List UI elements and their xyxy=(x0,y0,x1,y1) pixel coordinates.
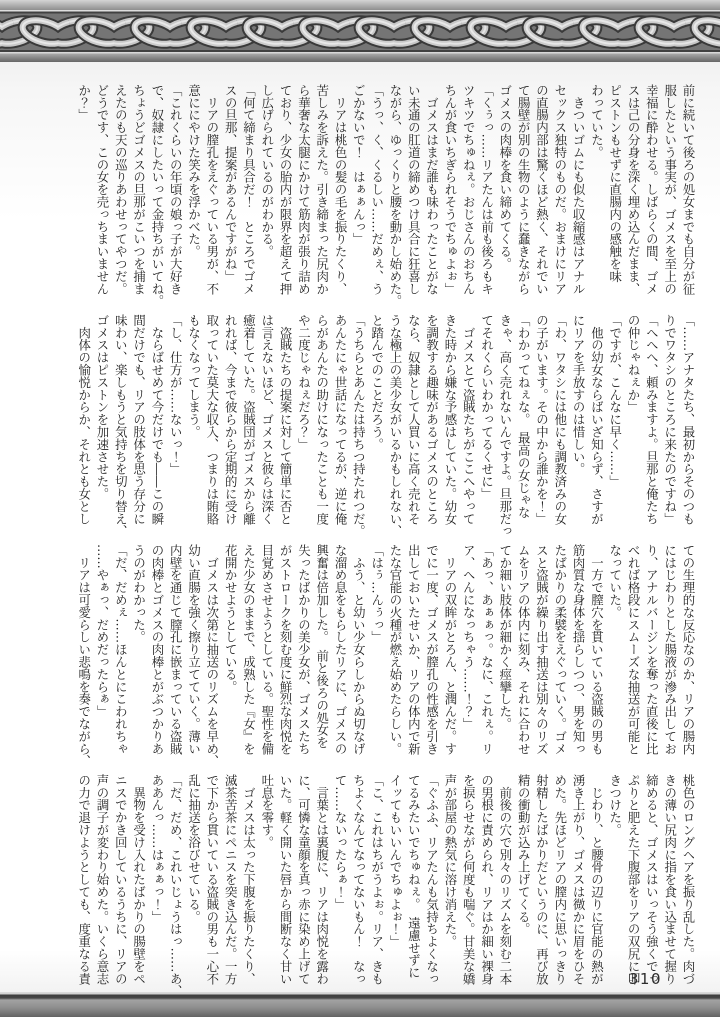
text-column: 異物を受け入れたばかりの腸壁をペ xyxy=(129,774,147,987)
text-column: えたのも天の巡りあわせってやつだ。 xyxy=(111,84,129,297)
text-column: にはじわりとした腸液が滲み出してお xyxy=(660,544,678,757)
text-column: の子がいます。その中から誰かを！」 xyxy=(532,314,550,527)
text-column: 「……アナタたち、最初からそのつも xyxy=(679,314,697,527)
text-band-1: 前に続いて後ろの処女までも自分が征服したという事実が、ゴメスを至上の幸福に酔わせ… xyxy=(74,84,697,297)
text-column: の仲じゃねぇか」 xyxy=(624,314,642,527)
text-column: 吐息を零す。 xyxy=(258,774,276,987)
text-column: リアは桃色の髪の毛を振りたくり、 xyxy=(331,84,349,297)
page-text: 前に続いて後ろの処女までも自分が征服したという事実が、ゴメスを至上の幸福に酔わせ… xyxy=(74,84,697,1004)
text-column: の力で退けようとしても、度重なる責 xyxy=(74,774,92,987)
text-column: 出しておいたせいか、リアの体内で新 xyxy=(404,544,422,757)
text-column: 一方で膣穴を貫いている盗賊の男も xyxy=(587,544,605,757)
text-column: きつけた。 xyxy=(605,774,623,987)
text-column: ちょうどゴメスの旦那がこいつを捕ま xyxy=(129,84,147,297)
text-column: ゴメスとて盗賊たちがここへやって xyxy=(459,314,477,527)
page-number: 310 xyxy=(629,970,662,988)
text-column: てか細い肢体が細かく痙攣した。 xyxy=(496,544,514,757)
text-column: きの薄い尻肉に指を食い込ませて握り xyxy=(660,774,678,987)
text-column: てるみたいでちゅねぇ。 遠慮せずに xyxy=(404,774,422,987)
text-column: セックス独特のものだ。おまけにリア xyxy=(551,84,569,297)
text-column: ああんっ……はぁぁっ！」 xyxy=(148,774,166,987)
text-column: 花開かせようとしている。 xyxy=(221,544,239,757)
text-column: でに一度、ゴメスが膣孔の性感を引き xyxy=(422,544,440,757)
text-column: リアは可愛らしい悲鳴を奏でながら、 xyxy=(74,544,92,757)
text-column: の男根に責められ、リアはか細い裸身 xyxy=(477,774,495,987)
text-column: ており、少女の胎内が限界を超えて押 xyxy=(276,84,294,297)
text-column: ツキツでちゅねぇ。おじさんのおちん xyxy=(459,84,477,297)
text-column: 「わかってねぇな。 最高の女じゃな xyxy=(514,314,532,527)
text-column: の肉棒とゴメスの肉棒とがぶつかりあ xyxy=(148,544,166,757)
text-column: 言葉とは裏腹に、リアは肉悦を露わ xyxy=(312,774,330,987)
text-column: ゴメスは次第に抽送のリズムを早め、 xyxy=(203,544,221,757)
text-band-4: 桃色のロングヘアを振り乱した。肉づきの薄い尻肉に指を食い込ませて握り締めると、ゴ… xyxy=(74,774,697,987)
text-column: スは己の分身を深く埋め込んだまま、 xyxy=(624,84,642,297)
text-column: 失ったばかりの美少女が、ゴメスたち xyxy=(294,544,312,757)
text-column: ぷりと肥えた下腹部をリアの双尻に叩 xyxy=(624,774,642,987)
text-column: 桃色のロングヘアを振り乱した。肉づ xyxy=(679,774,697,987)
text-column: うな極上の美少女がいるかもしれない、 xyxy=(386,314,404,527)
text-column: は言えないほど、ゴメスと彼らは深く xyxy=(258,314,276,527)
text-column: あんたにゃ世話になってるが、逆に俺 xyxy=(331,314,349,527)
decorative-bottom-border xyxy=(0,992,720,1017)
text-column: ア、へんになっちゃう……！？」 xyxy=(459,544,477,757)
text-column: ムをリアの体内に刻み、それに合わせ xyxy=(514,544,532,757)
text-column: もなくなってしまう。 xyxy=(184,314,202,527)
text-column: べれば格段にスムーズな抽送が可能と xyxy=(624,544,642,757)
text-band-3: ての生理的な反応なのか、リアの腸内にはじわりとした腸液が滲み出しており、アナルバ… xyxy=(74,544,697,757)
text-column: 「し、仕方が……ないっ！」 xyxy=(166,314,184,527)
text-column: りでワタシのところに来たのですね」 xyxy=(660,314,678,527)
text-column: たばかりの柔襞をえぐっていく。ゴメ xyxy=(551,544,569,757)
text-column: か？」 xyxy=(74,84,92,297)
text-column: 「はぅ…んぅっ」 xyxy=(367,544,385,757)
text-column: 「あっ、あぁぁっ。なに、これぇ。リ xyxy=(477,544,495,757)
text-column: じわり、と腰骨の辺りに官能の熱が xyxy=(587,774,605,987)
text-column: リアの双眸がとろん、と潤んだ。す xyxy=(441,544,459,757)
text-column: で下から貫いている盗賊の男も一心不 xyxy=(203,774,221,987)
text-column: を捩らせながら何度も喘ぐ。甘美な嬌 xyxy=(459,774,477,987)
text-column: 癒着していた。盗賊団がゴメスから離 xyxy=(239,314,257,527)
text-column: スと盗賊が繰り出す抽送は別々のリズ xyxy=(532,544,550,757)
text-column: ゴメスは太った下腹を振りたくり、 xyxy=(239,774,257,987)
text-column: めた。先ほどリアの膣内に思いっきり xyxy=(551,774,569,987)
text-column: 目覚めさせようとしている。聖性を備 xyxy=(258,544,276,757)
text-column: や二度じゃねぇだろ？」 xyxy=(294,314,312,527)
text-column: 内壁を通じて膣孔に嵌まっている盗賊 xyxy=(166,544,184,757)
text-column: 間だけでも、リアの肢体を思う存分に xyxy=(129,314,147,527)
text-column: ごかないで！ はぁぁんっ」 xyxy=(349,84,367,297)
text-column: 意ににやけた笑みを浮かべた。 xyxy=(184,84,202,297)
text-column: ゴメスはまだ誰も味わったことがな xyxy=(422,84,440,297)
text-column: を調教する趣味があるゴメスのところ xyxy=(422,314,440,527)
text-column: な溜め息をもらしたリアに、ゴメスの xyxy=(331,544,349,757)
text-column: 「ですが、こんなに早く……」 xyxy=(605,314,623,527)
text-column: 精の衝動が込み上げてくる。 xyxy=(514,774,532,987)
text-column: ての生理的な反応なのか、リアの腸内 xyxy=(679,544,697,757)
text-column: の直腸内部は驚くほど熱く、それでい xyxy=(532,84,550,297)
text-column: うのがわかった。 xyxy=(129,544,147,757)
text-column: 「こ、これはちがうよぉ。リア、きも xyxy=(367,774,385,987)
text-column: れれば、今まで彼らから定期的に受け xyxy=(221,314,239,527)
text-column: らがあんたの助けになったことも一度 xyxy=(312,314,330,527)
text-column: わっていた。 xyxy=(587,84,605,297)
text-column: 筋肉質な身体を揺らしつつ、男を知っ xyxy=(569,544,587,757)
text-band-2: 「……アナタたち、最初からそのつもりでワタシのところに来たのですね」「へへへ、頼… xyxy=(74,314,697,527)
text-column: ちんが食いちぎられそうでちゅよぉ」 xyxy=(441,84,459,297)
text-column: 「ぐふふ、リアたんも気持ちよくなっ xyxy=(422,774,440,987)
text-column: きついゴムにも似た収縮感はアナル xyxy=(569,84,587,297)
text-column: ピストンもせずに直腸内の感触を味 xyxy=(605,84,623,297)
text-column: 苦しみを訴えた。引き締まった尻肉か xyxy=(312,84,330,297)
celtic-knot-ornament xyxy=(0,0,720,62)
text-column: 味わい、楽しもうと気持ちを切り替え、 xyxy=(111,314,129,527)
text-column: ふう、と幼い少女らしからぬ切なげ xyxy=(349,544,367,757)
text-column: ……やぁっ、だめだったらぁ」 xyxy=(93,544,111,757)
text-column: 「へへへ、頼みますよ。旦那と俺たち xyxy=(642,314,660,527)
text-column: にリアを手放すのは惜しい。 xyxy=(569,314,587,527)
text-column: 「くぅっ……リアたんは前も後ろもキ xyxy=(477,84,495,297)
text-column: 「これくらいの年頃の娘っ子が大好き xyxy=(166,84,184,297)
text-column: 盗賊たちの提案に対して簡単に否と xyxy=(276,314,294,527)
text-column: なら、奴隷として人買いに高く売れそ xyxy=(404,314,422,527)
text-column: イッてもいいんでちゅよぉ！」 xyxy=(386,774,404,987)
text-column: いた。軽く開いた唇から間断なく甘い xyxy=(276,774,294,987)
text-column: 興奮は倍加した。 前と後ろの処女を xyxy=(312,544,330,757)
text-column: 「うちらとあんたは持ちつ持たれつだ。 xyxy=(349,314,367,527)
text-column: どうです、この女を売っちまいません xyxy=(93,84,111,297)
decorative-top-border xyxy=(0,0,720,62)
text-column: たな官能の火種が燃え始めたらしい。 xyxy=(386,544,404,757)
text-column: 前後の穴で別々のリズムを刻む二本 xyxy=(496,774,514,987)
text-column: 締めると、ゴメスはいっそう強くでっ xyxy=(642,774,660,987)
text-column: り、アナルバージンを奪った直後に比 xyxy=(642,544,660,757)
text-column: ちよくなんてなってないもん！ なっ xyxy=(349,774,367,987)
text-column: 幼い直腸を強く擦り立てていく。薄い xyxy=(184,544,202,757)
text-column: 前に続いて後ろの処女までも自分が征 xyxy=(679,84,697,297)
text-column: 射精したばかりだというのに、再び放 xyxy=(532,774,550,987)
text-column: 服したという事実が、ゴメスを至上の xyxy=(660,84,678,297)
text-column: 「うっ、く、くるしい……だめぇ、う xyxy=(367,84,385,297)
text-column: 滅茶苦茶にペニスを突き込んだ。一方 xyxy=(221,774,239,987)
text-column: ながら、ゆっくりと腰を動かし始めた。 xyxy=(386,84,404,297)
text-column: きゃ、高く売れないんですよ。旦那だっ xyxy=(496,314,514,527)
text-column: で、奴隷にしたいって金持ちがいてね。 xyxy=(148,84,166,297)
text-column: て腸壁が別の生物のように蠢きながら xyxy=(514,84,532,297)
text-column: 乱に抽送を浴びせている。 xyxy=(184,774,202,987)
text-column: 「わ、ワタシには他にも調教済みの女 xyxy=(551,314,569,527)
text-column: がストロークを刻む度に鮮烈な肉悦を xyxy=(276,544,294,757)
text-column: 「何て締まり具合だ！ ところでゴメ xyxy=(239,84,257,297)
text-column: ゴメスはピストンを加速させた。 xyxy=(93,314,111,527)
text-column: 幸福に酔わせる。しばらくの間、ゴメ xyxy=(642,84,660,297)
text-column: に、可憐な童顔を真っ赤に染め上げて xyxy=(294,774,312,987)
text-column: 湧き上がり、ゴメスは微かに眉をひそ xyxy=(569,774,587,987)
text-column: 「だ、だめ、これいじょうはっ……あ、 xyxy=(166,774,184,987)
text-column: 取っていた莫大な収入、つまりは賄賂 xyxy=(203,314,221,527)
text-column: ゴメスの肉棒を食い締めてくる。 xyxy=(496,84,514,297)
text-column: てそれくらいわかってるくせに」 xyxy=(477,314,495,527)
text-column: と踏んでのことだろう。 xyxy=(367,314,385,527)
text-column: 声が部屋の熱気に溶け消えた。 xyxy=(441,774,459,987)
text-column: きた時から嫌な予感はしていた。幼女 xyxy=(441,314,459,527)
text-column: し広げられているのがわかる。 xyxy=(258,84,276,297)
text-column: ニスでかき回しているうちに、リアの xyxy=(111,774,129,987)
text-column: 他の幼女ならばいざ知らず、さすが xyxy=(587,314,605,527)
text-column: リアの膣孔をえぐっている男が、不 xyxy=(203,84,221,297)
text-column: ら華奢な太腿にかけて筋肉が張り詰め xyxy=(294,84,312,297)
text-column: 「だ、だめぇ……ほんとにこわれちゃ xyxy=(111,544,129,757)
text-column: スの旦那、提案があるんですがね」 xyxy=(221,84,239,297)
text-column: ならばせめて今だけでも――この瞬 xyxy=(148,314,166,527)
text-column: えた少女のままで、成熟した『女』を xyxy=(239,544,257,757)
text-column: 声の調子が変わり始めた。いくら意志 xyxy=(93,774,111,987)
text-column: なっていた。 xyxy=(605,544,623,757)
text-column: い未通の肛道の締めつけ具合に狂喜し xyxy=(404,84,422,297)
text-column: 肉体の愉悦からか、それとも女とし xyxy=(74,314,92,527)
text-column: て……ないったらぁ！」 xyxy=(331,774,349,987)
book-page: { "page": { "number": "310", "text_color… xyxy=(0,0,720,1017)
